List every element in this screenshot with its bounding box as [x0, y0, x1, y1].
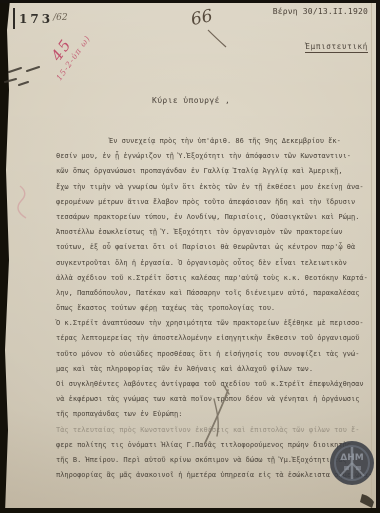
- body-line: τῆς προπαγάνδας των ἐν Εὐρώπῃ:: [56, 407, 378, 422]
- place-date-line: Βέρνη 30/13.II.1920: [0, 7, 368, 16]
- body-line: πληροφορίας ἃς μᾶς ἀνακοινοῖ ἡ ἡμετέρα ὑ…: [56, 468, 378, 483]
- body-line: νὰ ἐκφέρωσι τὰς γνώμας των κατὰ ποῖον τρ…: [56, 392, 378, 407]
- body-line: Οἱ συγκληθέντες λαβόντες ἀντίγραφα τοῦ σ…: [56, 377, 378, 392]
- body-line: ἔχω τὴν τιμὴν νὰ γνωρίσω ὑμῖν ὅτι ἐκτὸς …: [56, 180, 378, 195]
- body-line: Ὁ κ.Στρέϊτ ἀναπτύσσων τὴν χρησιμότητα τῶ…: [56, 316, 378, 331]
- body-line: Ἀποστέλλω ἐσωκλείστως τῇ Ὑ. Ἐξοχότητι τὸ…: [56, 225, 378, 240]
- classification-text: Ἐμπιστευτική: [305, 42, 368, 53]
- body-line: συγκεντροῦται ὅλη ἡ ἐργασία. Ὁ ὀργανισμὸ…: [56, 256, 378, 271]
- body-line: θεσίν μου, ἐν ᾗ ἐγνώριζον τῇ Ὑ.Ἐξοχότητι…: [56, 149, 378, 164]
- body-line: μας καὶ τὰς πληροφορίας τῶν ἐν Ἀθήναις κ…: [56, 362, 378, 377]
- body-line: φερε πολίτης τις ὀνόματι Ἠλίας Γ.Πανᾶς τ…: [56, 438, 378, 453]
- body-line: τεσσάρων πρακτορείων τύπου, ἐν Λονδίνῳ, …: [56, 210, 378, 225]
- body-line: Τὰς τελευταίας πρὸς Κωνσταντῖνον ἐκθέσει…: [56, 423, 378, 438]
- body-line: φερομένων μέτρων ἅτινα ἔλαβον πρὸς τοῦτο…: [56, 195, 378, 210]
- letter-body: Ἐν συνεχείᾳ πρὸς τὴν ὑπ'ἀριθ. 86 τῆς 9ης…: [56, 134, 378, 483]
- body-line: λην, Παπαδόπουλον, Πατέκαν καὶ Πάσσαρην …: [56, 286, 378, 301]
- body-line: τούτων, ἐξ οὗ φαίνεται ὅτι οἱ Παρίσιοι θ…: [56, 240, 378, 255]
- body-line: Ἐν συνεχείᾳ πρὸς τὴν ὑπ'ἀριθ. 86 τῆς 9ης…: [56, 134, 378, 149]
- body-line: τέρας λεπτομερείας τὴν ἀποστελλομένην εἰ…: [56, 331, 378, 346]
- body-line: ἀλλὰ σχέδιον τοῦ κ.Στρέϊτ ὅστις καλέσας …: [56, 271, 378, 286]
- body-line: τοῦτο μόνον τὸ οὐσιῶδες προσθέσας ὅτι ἡ …: [56, 347, 378, 362]
- body-line: κῶν ὅπως ὀργανώσωσι προπαγάνδαν ἐν Γαλλί…: [56, 164, 378, 179]
- scanned-letter-page: { "document": { "registry_number": "173"…: [0, 0, 380, 513]
- body-line: ὅπως ἕκαστος τούτων φέρῃ ταχέως τὰς τροπ…: [56, 301, 378, 316]
- salutation: Κύριε ὑπουργέ ,: [152, 96, 230, 105]
- body-line: τῆς Β. Ἠπείρου. Περὶ αὐτοῦ κρίνω σκόπιμο…: [56, 453, 378, 468]
